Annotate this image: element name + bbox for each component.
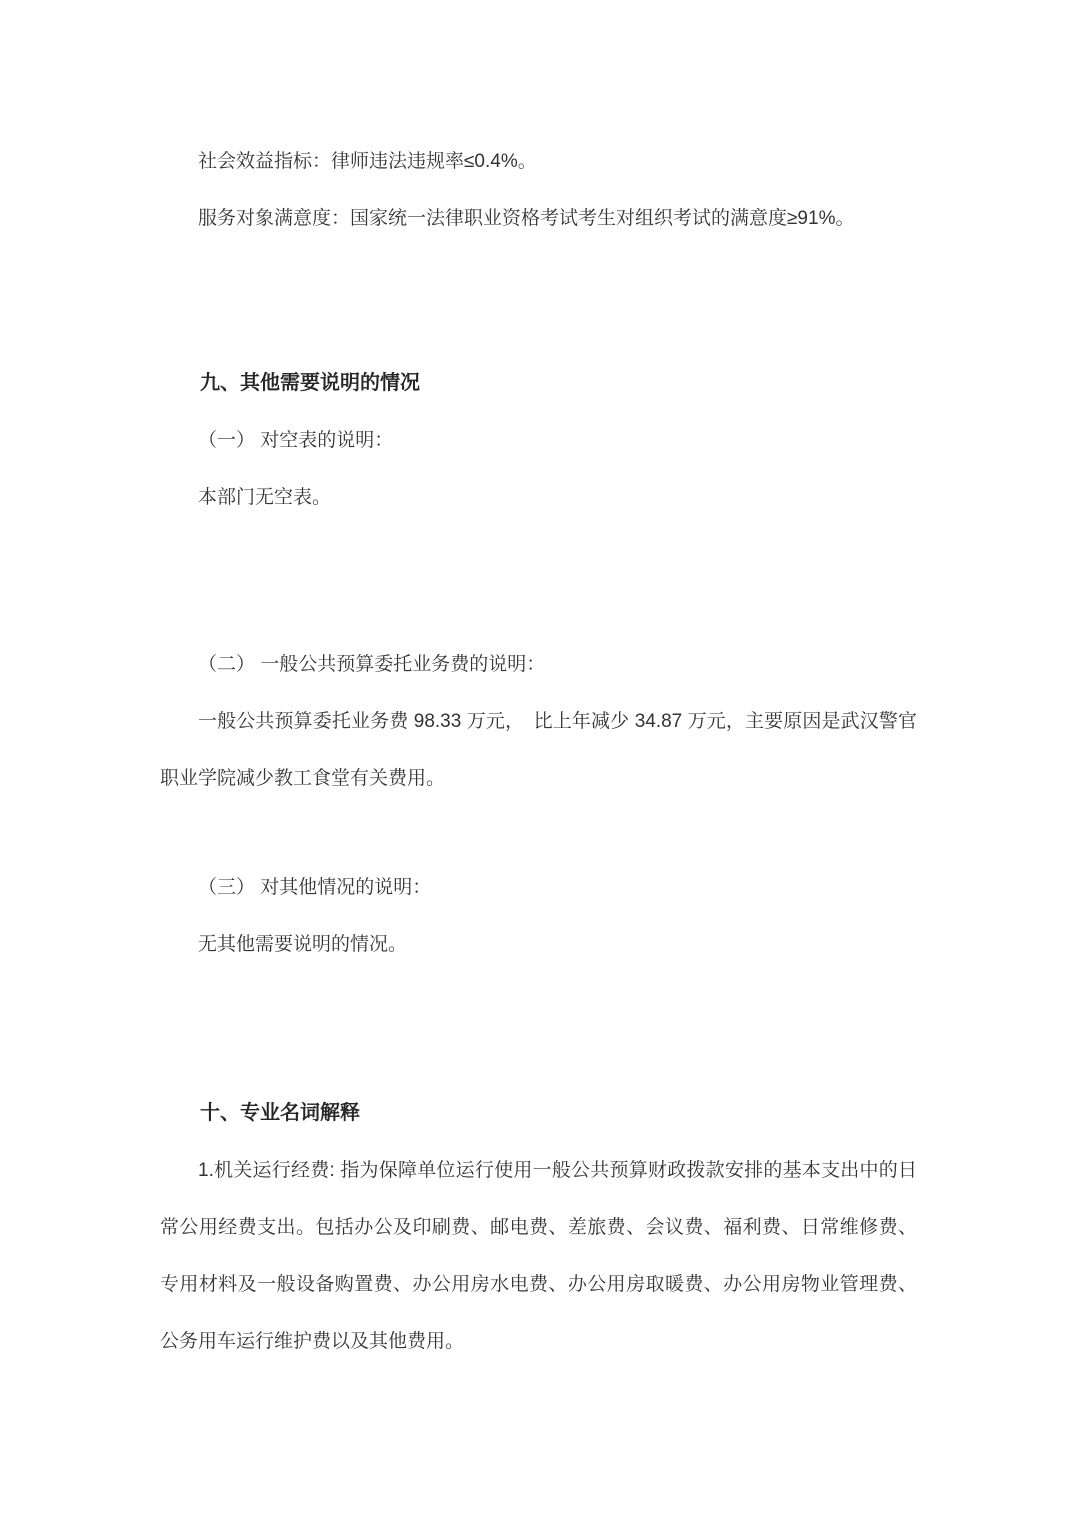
heading-section-9-other-notes: 九、其他需要说明的情况 <box>160 355 917 412</box>
para-entrusted-business-fee-title: （二） 一般公共预算委托业务费的说明： <box>160 636 917 693</box>
para-term-agency-operating-expense: 1.机关运行经费: 指为保障单位运行使用一般公共预算财政拨款安排的基本支出中的日… <box>160 1142 917 1370</box>
para-service-satisfaction: 服务对象满意度：国家统一法律职业资格考试考生对组织考试的满意度≥91%。 <box>160 190 917 247</box>
para-social-benefit-indicator: 社会效益指标：律师违法违规率≤0.4%。 <box>160 133 917 190</box>
page: 社会效益指标：律师违法违规率≤0.4%。 服务对象满意度：国家统一法律职业资格考… <box>0 0 1074 1520</box>
para-empty-table-note: 本部门无空表。 <box>160 469 917 526</box>
para-entrusted-business-fee-detail: 一般公共预算委托业务费 98.33 万元， 比上年减少 34.87 万元，主要原… <box>160 693 917 807</box>
budget-report-document: 社会效益指标：律师违法违规率≤0.4%。 服务对象满意度：国家统一法律职业资格考… <box>0 0 1074 1520</box>
para-empty-table-note-title: （一） 对空表的说明： <box>160 412 917 469</box>
heading-section-10-term-glossary: 十、专业名词解释 <box>160 1085 917 1142</box>
para-other-situation-title: （三） 对其他情况的说明： <box>160 859 917 916</box>
para-other-situation-note: 无其他需要说明的情况。 <box>160 916 917 973</box>
